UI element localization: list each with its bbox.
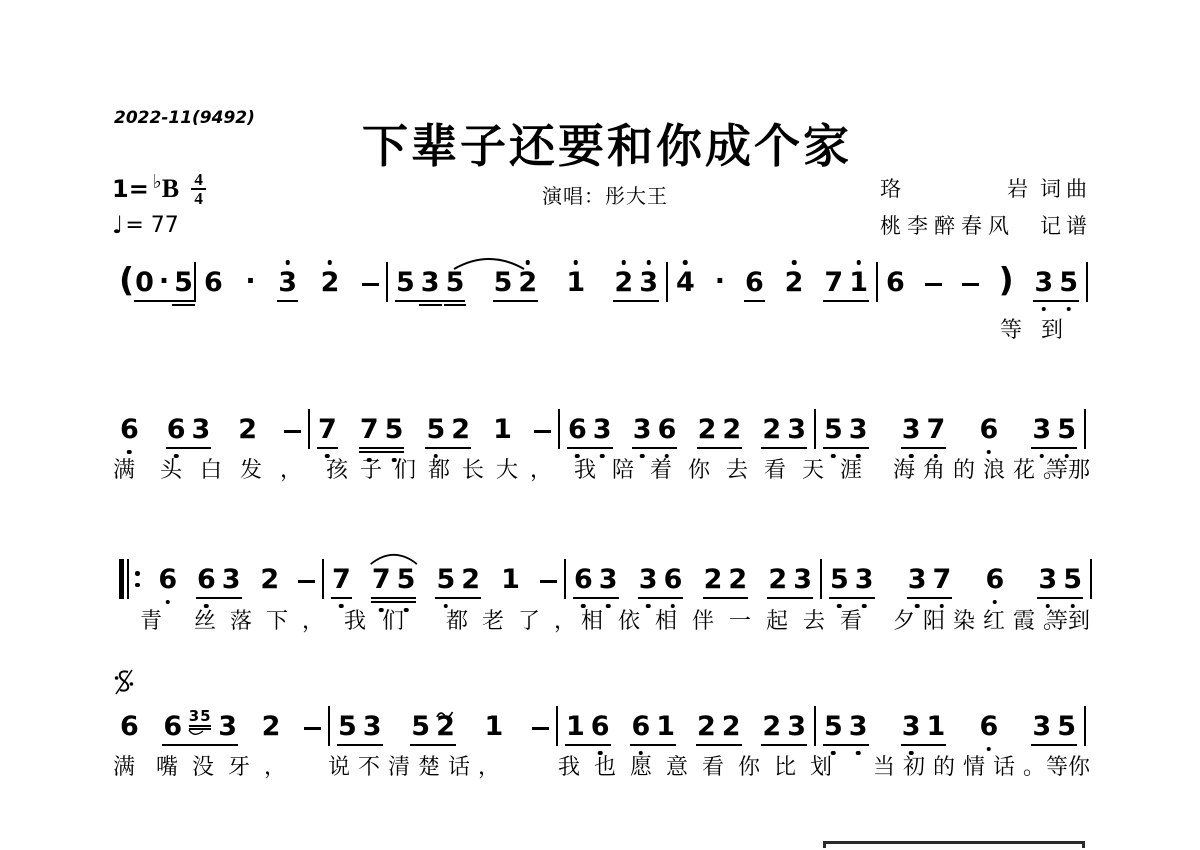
sixteenth-beam	[444, 304, 467, 306]
octave-dot-above	[856, 260, 861, 265]
note: 3	[638, 268, 659, 298]
note: 3	[1031, 415, 1052, 445]
music-line-3: 6632775521633622235337635	[112, 555, 1098, 595]
note-digit: 3	[1032, 711, 1051, 742]
note: 2	[784, 268, 805, 298]
grace-notes: 35	[187, 709, 213, 730]
note-digit: 3	[1032, 414, 1051, 445]
note: 2	[761, 712, 782, 742]
beam-line	[493, 300, 539, 302]
beam-group: 23	[767, 565, 813, 595]
beam-group: 22	[696, 712, 742, 742]
beam-line	[371, 601, 417, 603]
parenthesis: (	[119, 264, 134, 298]
credits-block: 珞 岩 词曲 桃李醉春风 记谱	[880, 173, 1092, 247]
note-digit: 2	[614, 267, 633, 298]
barline	[1090, 559, 1092, 599]
note: 3	[638, 565, 659, 595]
note-digit: 3	[639, 564, 658, 595]
beam-line	[761, 447, 807, 449]
note: 6	[984, 565, 1005, 595]
measure: 53521	[330, 712, 556, 742]
note: 0	[134, 268, 155, 298]
beam-group: 22	[697, 415, 743, 445]
note-digit: 2	[722, 414, 741, 445]
note-digit: 1	[656, 711, 675, 742]
beam-line	[901, 447, 947, 449]
note: 2	[727, 565, 748, 595]
note-digit: 6	[745, 267, 764, 298]
note: 1	[500, 565, 521, 595]
beam-group: 53	[829, 565, 875, 595]
note-digit: 2	[461, 564, 480, 595]
note-digit: 3	[278, 267, 297, 298]
note: 6	[203, 268, 224, 298]
note: 5	[1062, 565, 1083, 595]
note-digit: 3	[593, 414, 612, 445]
note-digit: 3	[633, 414, 652, 445]
beam-group: 37	[907, 565, 953, 595]
note: 6	[885, 268, 906, 298]
note: 3	[598, 565, 619, 595]
beam-group: 35	[1037, 565, 1083, 595]
repeat-thin-bar	[127, 559, 129, 599]
beam-line	[613, 300, 659, 302]
note: 2	[517, 268, 538, 298]
note-digit: 7	[332, 564, 351, 595]
lyric-syllable: 等	[1000, 313, 1022, 344]
composer-name-last: 岩	[1007, 173, 1028, 203]
lyric-syllable: 嘴没牙，	[156, 750, 300, 781]
note: 1	[565, 712, 586, 742]
tempo-value: = 77	[125, 213, 178, 238]
note-digit: 2	[785, 267, 804, 298]
note-digit: 3	[363, 711, 382, 742]
note-digit: 3	[793, 564, 812, 595]
note: 5	[823, 712, 844, 742]
note-digit: 2	[768, 564, 787, 595]
dash-note	[534, 430, 551, 434]
note-digit: 3	[1034, 267, 1053, 298]
lyric-syllable: 都老了，	[446, 604, 590, 635]
note-digit: 6	[120, 414, 139, 445]
note: 2	[721, 415, 742, 445]
note: 2	[320, 268, 341, 298]
composer-name-first: 珞	[880, 173, 901, 203]
note: 3	[848, 415, 869, 445]
beam-group: 52	[425, 415, 471, 445]
note: 7	[371, 565, 392, 595]
note-digit: 2	[518, 267, 537, 298]
sixteenth-beam	[172, 304, 195, 306]
credit-row-composer: 珞 岩 词曲	[880, 173, 1092, 203]
composer-role: 词曲	[1040, 173, 1092, 203]
beam-line	[395, 300, 465, 302]
note-digit: 5	[396, 267, 415, 298]
note: 5	[384, 415, 405, 445]
note: 7	[317, 415, 338, 445]
beam-group: 3	[277, 268, 298, 298]
slur-arc	[369, 553, 419, 565]
beam-group: 53	[337, 712, 383, 742]
measure: 775521	[324, 565, 564, 595]
note-digit: 6	[158, 564, 177, 595]
note-digit: 5	[830, 564, 849, 595]
lyric-syllable: 孩子们都长大，	[326, 453, 564, 484]
note: 3	[277, 268, 298, 298]
beam-group: 36	[638, 565, 684, 595]
lyrics-line-1: 等到	[0, 313, 1200, 343]
key-tonic: B	[162, 174, 179, 204]
octave-dot-above	[792, 260, 797, 265]
note: 6	[162, 712, 183, 742]
time-signature: 4 4	[191, 172, 206, 206]
dash-note	[362, 283, 379, 287]
beam-line	[703, 597, 749, 599]
note: 3	[907, 565, 928, 595]
note: 5	[173, 268, 194, 298]
barline	[1084, 706, 1086, 746]
dash-note	[962, 283, 979, 287]
lyric-syllable: 我也愿意看你比划	[558, 750, 846, 781]
note: 6	[663, 565, 684, 595]
note: 2	[460, 565, 481, 595]
beam-line	[823, 744, 869, 746]
measure: 5331635	[816, 712, 1084, 742]
note-digit: 6	[167, 414, 186, 445]
octave-dot-above	[622, 260, 627, 265]
note-digit: 2	[728, 564, 747, 595]
lyric-syllable: 头白发，	[160, 453, 320, 484]
note-digit: 6	[664, 564, 683, 595]
quarter-note-icon: ♩	[112, 211, 123, 239]
note-digit: 6	[631, 711, 650, 742]
beam-line	[410, 744, 456, 746]
note-digit: 4	[676, 267, 695, 298]
measure: 6632	[112, 415, 308, 445]
note-digit: 3	[908, 564, 927, 595]
note: 5	[410, 712, 431, 742]
beam-group: 6	[744, 268, 765, 298]
note-digit: 5	[426, 414, 445, 445]
lyric-syllable: 说不清楚话，	[328, 750, 508, 781]
note-digit: 5	[338, 711, 357, 742]
note-digit: 3	[902, 414, 921, 445]
note-digit: 2	[451, 414, 470, 445]
meter-denominator: 4	[194, 191, 203, 206]
beam-group: 52	[410, 712, 456, 742]
note: 5	[395, 268, 416, 298]
beam-group: 53	[823, 415, 869, 445]
sheet-music-page: 2022-11(9492) 下辈子还要和你成个家 演唱：彤大王 珞 岩 词曲 桃…	[0, 0, 1200, 850]
lyric-syllable: 满	[113, 453, 135, 484]
octave-dot-above	[328, 260, 333, 265]
note: 2	[435, 712, 456, 742]
barline	[1084, 409, 1086, 449]
measure: 663532	[112, 712, 328, 742]
beam-line	[337, 744, 383, 746]
beam-group: 75	[371, 565, 417, 595]
note-digit: 5	[494, 267, 513, 298]
beam-line	[767, 597, 813, 599]
key-prefix: 1=	[112, 175, 149, 203]
note-digit: 6	[886, 267, 905, 298]
note: 1	[484, 712, 505, 742]
repeat-sign	[119, 559, 140, 599]
mordent-icon	[436, 696, 454, 726]
note: 2	[613, 268, 634, 298]
music-line-4: 66353253521166122235331635	[112, 702, 1098, 742]
note: 6	[978, 712, 999, 742]
measure: 6·32	[196, 268, 386, 298]
lyrics-line-3: 青丝落下，我们都老了，相依相伴一起去看夕阳染红霞。等到	[0, 604, 1200, 634]
note-digit: 5	[397, 564, 416, 595]
note-digit: 5	[1063, 564, 1082, 595]
grace-digits: 35	[187, 709, 213, 723]
note-digit: 3	[599, 564, 618, 595]
beam-line	[1031, 447, 1077, 449]
octave-dot-above	[683, 260, 688, 265]
note: 6	[196, 565, 217, 595]
beam-line	[317, 447, 338, 449]
note: 3	[1031, 712, 1052, 742]
note-digit: 5	[446, 267, 465, 298]
beam-group: 31	[901, 712, 947, 742]
note: 6	[630, 712, 651, 742]
beam-group: 52	[435, 565, 481, 595]
lyric-syllable: 青	[140, 604, 162, 635]
note-digit: 3	[218, 711, 237, 742]
beam-line	[907, 597, 953, 599]
note: 6	[744, 268, 765, 298]
beam-line	[567, 447, 613, 449]
music-line-1: (0·56·32535521234·62716)35	[112, 258, 1098, 298]
meter-numerator: 4	[194, 172, 203, 187]
note: 7	[823, 268, 844, 298]
beam-line	[632, 447, 678, 449]
note-digit: 6	[568, 414, 587, 445]
beam-line	[823, 300, 869, 302]
beam-group: 16	[565, 712, 611, 742]
lyric-syllable: 相依相伴一起去看	[581, 604, 877, 635]
note: 5	[1056, 712, 1077, 742]
lyric-syllable: 等你	[1046, 750, 1090, 781]
note: 7	[926, 415, 947, 445]
note: 6	[119, 415, 140, 445]
note: 3	[592, 415, 613, 445]
note: 1	[655, 712, 676, 742]
note-digit: 6	[979, 711, 998, 742]
credit-row-transcriber: 桃李醉春风 记谱	[880, 210, 1092, 240]
beam-line	[565, 744, 611, 746]
note-digit: 7	[318, 414, 337, 445]
note: 1	[492, 415, 513, 445]
beam-group: 75	[359, 415, 405, 445]
lyric-syllable: 等那	[1046, 453, 1090, 484]
note: 2	[237, 415, 258, 445]
beam-group: 0·5	[134, 268, 194, 298]
note: 2	[721, 712, 742, 742]
beam-line	[823, 447, 869, 449]
beam-line	[1037, 597, 1083, 599]
beam-group: 61	[630, 712, 676, 742]
note: 3	[854, 565, 875, 595]
note: 5	[445, 268, 466, 298]
octave-dot-above	[646, 260, 651, 265]
note: 6	[573, 565, 594, 595]
note-digit: 1	[493, 414, 512, 445]
mordent-icon	[436, 710, 454, 719]
lyrics-line-4: 满嘴没牙，说不清楚话，我也愿意看你比划当初的情话。等你	[0, 750, 1200, 780]
beam-line	[829, 597, 875, 599]
augmentation-dot: ·	[715, 268, 725, 298]
beam-group: 63	[567, 415, 613, 445]
dash-note	[925, 283, 942, 287]
beam-group: 53	[823, 712, 869, 742]
note: 5	[493, 268, 514, 298]
composer-name: 珞 岩	[880, 173, 1028, 203]
note-digit: 1	[566, 267, 585, 298]
beam-line	[901, 744, 947, 746]
note-digit: 0	[135, 267, 154, 298]
barline	[1086, 262, 1088, 302]
note: 3	[420, 268, 441, 298]
note-digit: 3	[222, 564, 241, 595]
page-footer-rule	[823, 841, 1085, 848]
note: 3	[362, 712, 383, 742]
key-signature: 1= ♭ B 4 4	[112, 172, 206, 206]
beam-line	[359, 447, 405, 449]
note-digit: 3	[1038, 564, 1057, 595]
note: 7	[331, 565, 352, 595]
repeat-dots	[135, 571, 140, 587]
augmentation-dot: ·	[245, 268, 255, 298]
note-digit: 2	[238, 414, 257, 445]
note: 3	[901, 712, 922, 742]
note: 3	[221, 565, 242, 595]
grace-slur	[188, 729, 204, 737]
note-digit: 2	[697, 711, 716, 742]
note: 5	[435, 565, 456, 595]
segno-icon	[114, 668, 134, 696]
beam-group: 535	[395, 268, 465, 298]
note: 3	[848, 712, 869, 742]
note-digit: 2	[722, 711, 741, 742]
note: 3	[901, 415, 922, 445]
beam-group: 23	[761, 712, 807, 742]
beam-line	[134, 300, 194, 302]
note: 3	[632, 415, 653, 445]
augmentation-dot: ·	[159, 268, 169, 298]
beam-group: 63	[196, 565, 242, 595]
note: 2	[450, 415, 471, 445]
note: 2	[697, 415, 718, 445]
slur-arc	[369, 552, 419, 564]
transcriber-role: 记谱	[1040, 210, 1092, 240]
parenthesis: )	[999, 264, 1014, 298]
repeat-dot	[135, 583, 140, 588]
lyric-syllable: 到	[1041, 313, 1063, 344]
octave-dot-above	[574, 260, 579, 265]
note-digit: 1	[501, 564, 520, 595]
beam-group: 7	[317, 415, 338, 445]
note: 3	[786, 712, 807, 742]
note-digit: 2	[260, 564, 279, 595]
note-digit: 1	[849, 267, 868, 298]
repeat-thick-bar	[119, 559, 124, 599]
measure: 775521	[310, 415, 558, 445]
beam-line	[1031, 744, 1077, 746]
note: 6	[978, 415, 999, 445]
beam-line	[638, 597, 684, 599]
dash-note	[532, 727, 549, 731]
note-digit: 5	[1057, 711, 1076, 742]
measure: 16612223	[558, 712, 814, 742]
note-digit: 2	[262, 711, 281, 742]
note-digit: 2	[698, 414, 717, 445]
beam-line	[166, 447, 212, 449]
note-digit: 5	[824, 711, 843, 742]
beam-line	[162, 744, 238, 746]
note-digit: 5	[385, 414, 404, 445]
note-digit: 6	[591, 711, 610, 742]
note: 2	[703, 565, 724, 595]
note: 6	[166, 415, 187, 445]
tempo-marking: ♩ = 77	[112, 211, 179, 239]
note-digit: 5	[1059, 267, 1078, 298]
beam-group: 22	[703, 565, 749, 595]
note-digit: 1	[566, 711, 585, 742]
measure: 6632	[112, 559, 322, 595]
beam-line	[196, 597, 242, 599]
note: 5	[829, 565, 850, 595]
music-line-2: 6632775521633622235337635	[112, 405, 1098, 445]
note-digit: 5	[174, 267, 193, 298]
beam-line	[761, 744, 807, 746]
note: 5	[1056, 415, 1077, 445]
note-digit: 6	[985, 564, 1004, 595]
beam-line	[697, 447, 743, 449]
note: 7	[932, 565, 953, 595]
lyric-syllable: 我们	[344, 604, 420, 635]
note: 6	[590, 712, 611, 742]
beam-line	[744, 300, 765, 302]
note-digit: 2	[762, 414, 781, 445]
measure: 5337635	[816, 415, 1084, 445]
lyric-syllable: 当初的情话。	[873, 750, 1053, 781]
dash-note	[304, 727, 321, 731]
dash-note	[284, 430, 301, 434]
note: 6	[567, 415, 588, 445]
note: 2	[259, 565, 280, 595]
note-digit: 3	[902, 711, 921, 742]
note: 2	[696, 712, 717, 742]
beam-line	[435, 597, 481, 599]
note-digit: 3	[787, 711, 806, 742]
note-digit: 5	[824, 414, 843, 445]
dash-note	[298, 580, 315, 584]
measure: (0·5	[112, 264, 194, 298]
note: 4	[675, 268, 696, 298]
note-digit: 7	[927, 414, 946, 445]
note: 3	[786, 415, 807, 445]
flat-icon: ♭	[153, 171, 162, 193]
measure: 5337635	[822, 565, 1090, 595]
beam-group: 23	[613, 268, 659, 298]
note: 5	[425, 415, 446, 445]
note-digit: 3	[639, 267, 658, 298]
measure: 6)35	[878, 264, 1086, 298]
